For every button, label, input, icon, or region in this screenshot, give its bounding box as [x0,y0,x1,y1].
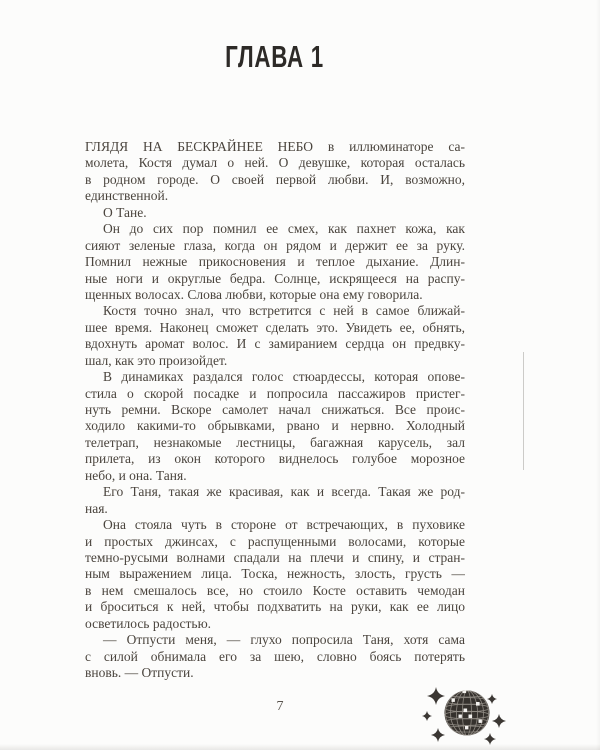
text-line: ные ноги и округлые бедра. Солнце, искря… [85,271,465,287]
book-page: ГЛАВА 1 ГЛЯДЯ НА БЕСКРАЙНЕЕ НЕБО в иллюм… [0,0,600,750]
text-line: Костя точно знал, что встретится с ней в… [85,303,465,319]
text-line: прилета, из окон которого виднелось голу… [85,451,465,467]
text-block: ГЛЯДЯ НА БЕСКРАЙНЕЕ НЕБО в иллюминаторе … [85,139,465,681]
text-line: сияют зеленые глаза, когда он рядом и де… [85,238,465,254]
text-line: щенных волосах. Слова любви, которые она… [85,287,465,303]
text-line: телетрап, незнакомые лестницы, багажная … [85,435,465,451]
text-line: О Тане. [85,205,465,221]
scan-right-shadow [596,0,600,750]
text-line: стила о скорой посадке и попросила пасса… [85,386,465,402]
text-line: шал, как это произойдет. [85,353,465,369]
chapter-heading: ГЛАВА 1 [85,41,465,72]
text-line: нуть ремни. Вскоре самолет начал снижать… [85,402,465,418]
text-line: ходило какими-то обрывками, рвано и нерв… [85,418,465,434]
scan-bottom-shadow [0,744,600,750]
text-line: небо, и она. Таня. [85,468,465,484]
disco-ball-icon [418,680,508,746]
text-line: и простых джинсах, с распущенными волоса… [85,534,465,550]
text-line: и броситься к ней, чтобы подхватить на р… [85,599,465,615]
text-line: темно-русыми волнами спадали на плечи и … [85,550,465,566]
text-line: ная. [85,501,465,517]
text-line: шее время. Наконец сможет сделать это. У… [85,320,465,336]
text-line: В динамиках раздался голос стюардессы, к… [85,369,465,385]
scan-edge-line [523,352,524,470]
page-number: 7 [90,699,470,715]
text-line: Его Таня, такая же красивая, как и всегд… [85,484,465,500]
chapter-heading-text: ГЛАВА 1 [226,41,325,72]
text-line: вновь. — Отпусти. [85,665,465,681]
text-line: — Отпусти меня, — глухо попросила Таня, … [85,632,465,648]
text-line: Помнил нежные прикосновения и теплое дых… [85,254,465,270]
text-line: в родном городе. О своей первой любви. И… [85,172,465,188]
text-line: в нем смешалось все, но стоило Косте ост… [85,583,465,599]
text-line: ным выражением лица. Тоска, нежность, зл… [85,566,465,582]
text-line: вдохнуть аромат волос. И с замиранием се… [85,336,465,352]
text-line: молета, Костя думал о ней. О девушке, ко… [85,155,465,171]
text-line: единственной. [85,188,465,204]
text-line: осветилось радостью. [85,616,465,632]
text-line: Он до сих пор помнил ее смех, как пахнет… [85,221,465,237]
text-line: ГЛЯДЯ НА БЕСКРАЙНЕЕ НЕБО в иллюминаторе … [85,139,465,155]
text-line: с силой обнимала его за шею, словно бояс… [85,649,465,665]
text-line: Она стояла чуть в стороне от встречающих… [85,517,465,533]
